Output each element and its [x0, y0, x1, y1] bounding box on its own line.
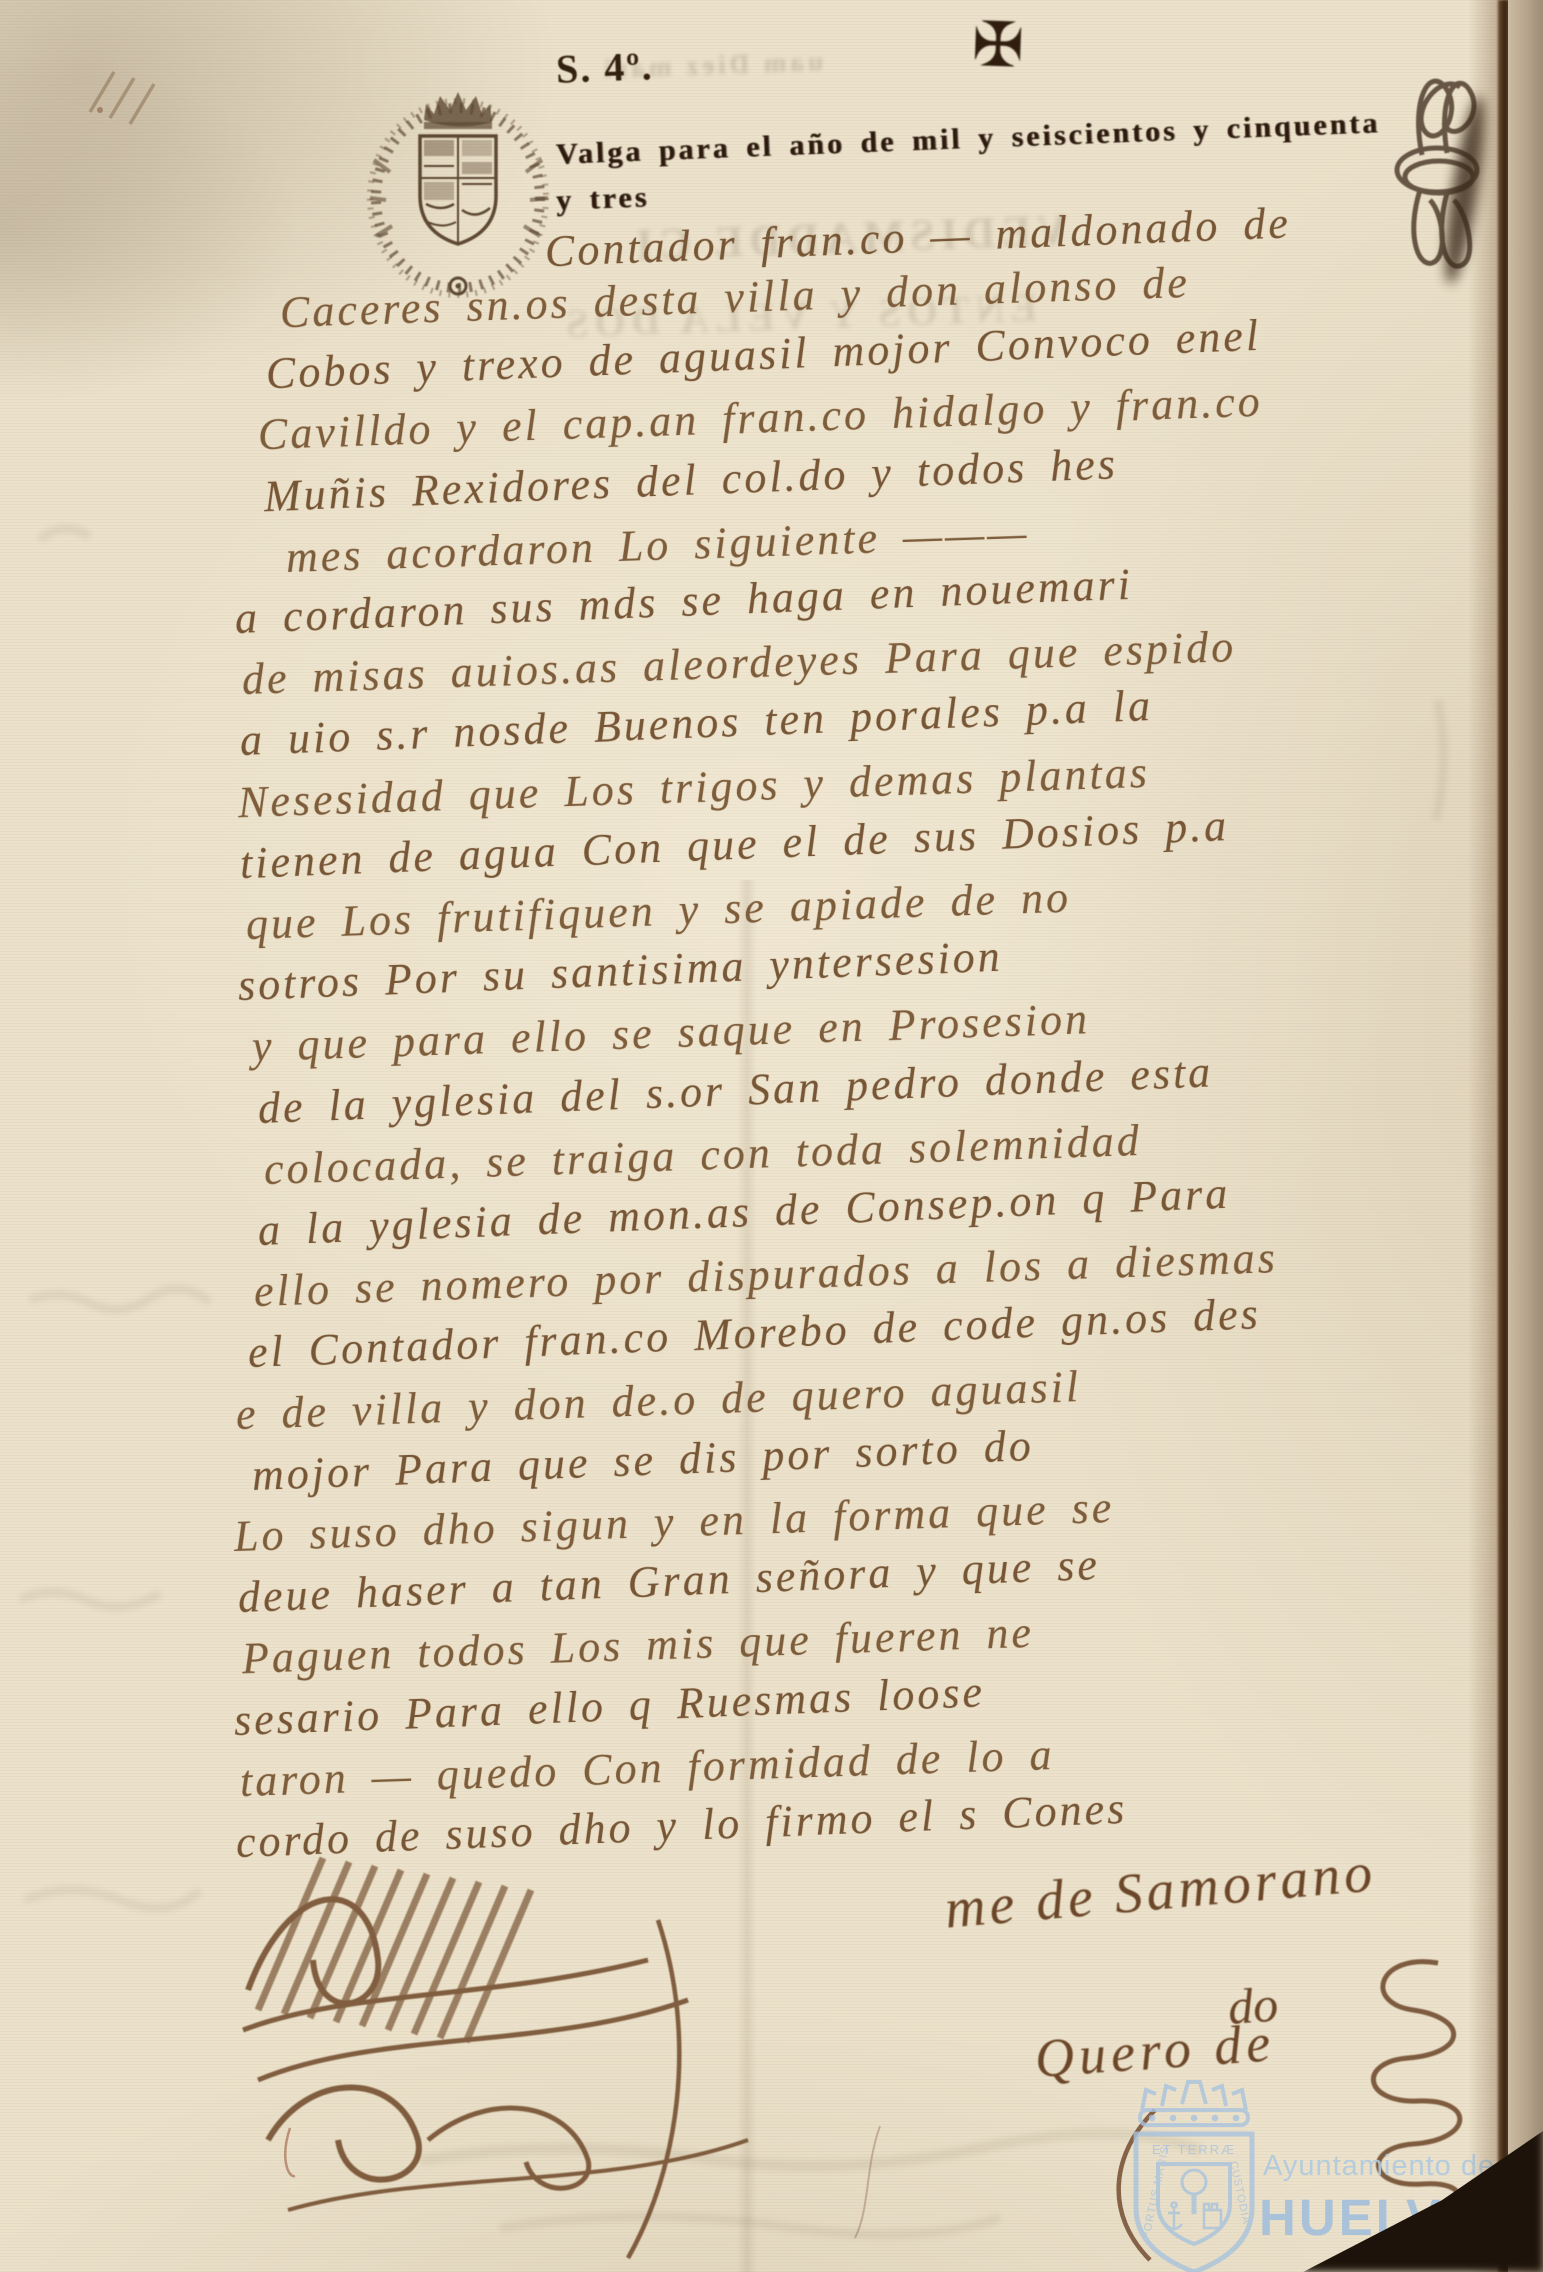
cross-icon: ✠ — [971, 7, 1025, 82]
manuscript-scan: uam Diez mari VEDISMADDE CI ENTOS Y VELA… — [0, 0, 1543, 2272]
watermark-org: Ayuntamiento de — [1263, 2150, 1495, 2183]
royal-coat-of-arms-stamp — [366, 80, 551, 295]
validity-line-2: y tres — [555, 180, 650, 218]
paper-crease — [737, 880, 757, 2272]
page: uam Diez mari VEDISMADDE CI ENTOS Y VELA… — [0, 0, 1508, 2272]
huelva-shield-logo: ET TERRÆ PORTUS MARIS CUSTODIA — [1124, 2078, 1264, 2272]
ink-drip-marks — [270, 2118, 920, 2268]
margin-marks — [80, 52, 170, 142]
next-page-edge — [1508, 0, 1543, 2272]
seal-class-label: S. 4º. — [555, 42, 654, 92]
